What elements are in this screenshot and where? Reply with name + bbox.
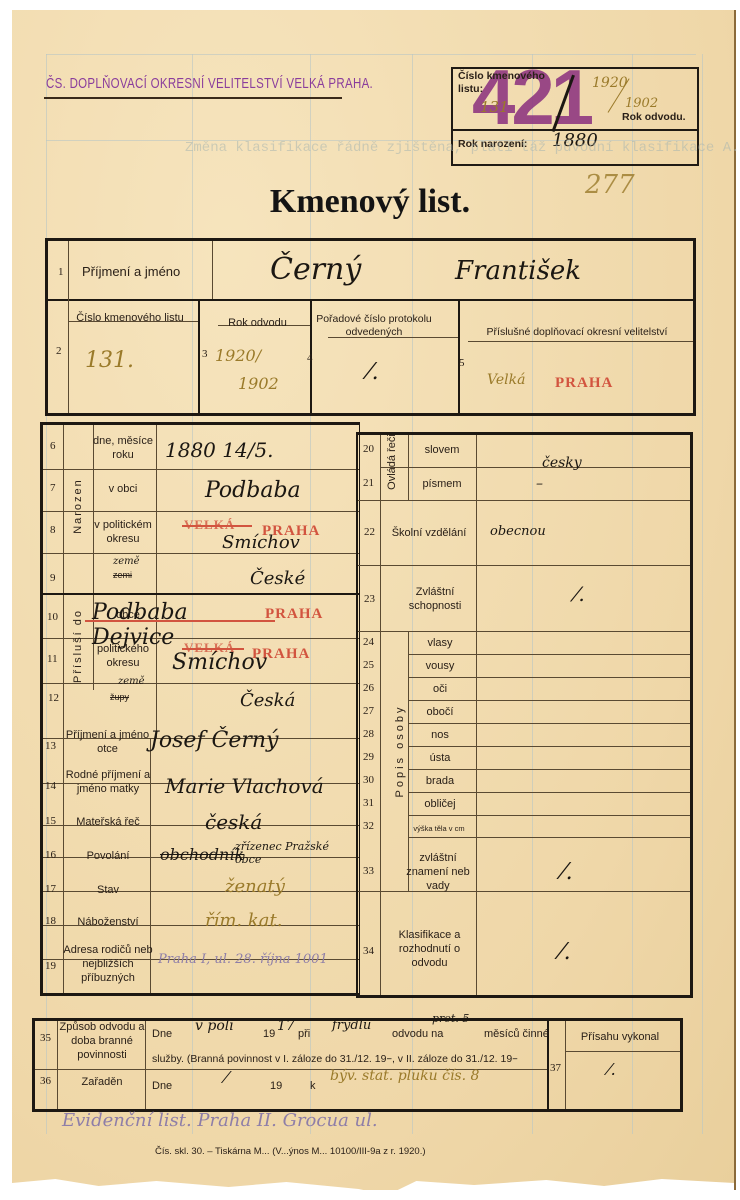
dne-label: Dne <box>152 1028 172 1040</box>
row-divider <box>358 565 690 566</box>
row-number: 12 <box>48 692 59 704</box>
marital-value: ženatý <box>225 876 285 897</box>
row-number: 8 <box>50 524 56 536</box>
row-number: 36 <box>40 1075 51 1087</box>
record-col-label: Číslo kmenového listu <box>70 312 190 324</box>
row-divider <box>408 723 690 724</box>
printer-footer: Čís. skl. 30. – Tiskárna M... (V...ýnos … <box>155 1146 426 1157</box>
occupation-struck: obchodník <box>160 845 244 864</box>
col-divider <box>476 435 477 995</box>
mouth-label: ústa <box>410 751 470 765</box>
row-number: 16 <box>45 849 56 861</box>
strikethrough <box>182 525 252 527</box>
evidence-note: Evidenční list. Praha II. Grocua ul. <box>62 1110 378 1131</box>
occupation-label: Povolání <box>62 849 154 863</box>
row-number: 6 <box>50 440 56 452</box>
born-district-label: v politickém okresu <box>92 518 154 546</box>
row-divider <box>48 299 693 301</box>
sub-divider <box>468 341 693 342</box>
row-divider <box>408 654 690 655</box>
reserve-text-2: , v II. záloze do 31./12. 19 <box>392 1053 512 1065</box>
strikethrough <box>85 620 275 622</box>
row-number: 28 <box>363 728 374 740</box>
education-label: Školní vzdělání <box>384 526 474 540</box>
row-divider <box>358 631 690 632</box>
spoken-label: slovem <box>412 443 472 457</box>
ghost-text: Změna klasifikace řádně zjištěna, platí … <box>185 140 740 156</box>
months-label: měsíců činné <box>484 1028 549 1040</box>
col-divider <box>458 299 460 413</box>
row-number: 31 <box>363 797 374 809</box>
group-language-label: Ovládá řeči <box>386 432 398 492</box>
belongs-town-stamp: PRAHA <box>265 606 323 623</box>
physical-details-table <box>356 432 693 998</box>
protocol-col-label: Pořadové číslo protokolu odvedených <box>310 313 438 339</box>
assigned-date: ⁄ <box>225 1068 228 1087</box>
col-divider <box>380 435 381 995</box>
classification-value: ⁄. <box>560 940 571 965</box>
row-number: 33 <box>363 865 374 877</box>
group-belongs-label: Přísluší do <box>72 606 84 686</box>
row-number: 30 <box>363 774 374 786</box>
row-divider <box>43 511 359 512</box>
beard-label: vousy <box>410 659 470 673</box>
row-number: 35 <box>40 1032 51 1044</box>
education-value: obecnou <box>490 524 546 539</box>
classification-label: Klasifikace a rozhodnutí o odvodu <box>382 928 477 970</box>
reserve-line: služby. (Branná povinnost v I. záloze do… <box>152 1052 518 1065</box>
row-number: 10 <box>47 611 58 623</box>
spoken-value: česky <box>542 455 582 471</box>
row-divider <box>565 1051 680 1052</box>
mother-tongue-label: Mateřská řeč <box>62 815 154 829</box>
row-number: 1 <box>58 266 64 278</box>
record-year-label: Rok odvodu. <box>622 111 686 123</box>
row-number: 14 <box>45 780 56 792</box>
reserve-value-2: – <box>512 1052 518 1065</box>
year-prefix: 19 <box>270 1080 282 1092</box>
record-col-value: 131. <box>85 348 134 373</box>
row-number: 4 <box>307 352 313 364</box>
record-year-bottom: 1902 <box>625 96 658 111</box>
row-divider <box>43 553 359 554</box>
born-town-label: v obci <box>92 482 154 496</box>
row-divider <box>408 769 690 770</box>
row-divider <box>408 746 690 747</box>
row-number: 17 <box>45 883 56 895</box>
row-number: 20 <box>363 443 374 455</box>
special-marks-value: ⁄. <box>562 860 573 885</box>
father-value: Josef Černý <box>150 728 278 753</box>
row-number: 15 <box>45 815 56 827</box>
row-number: 32 <box>363 820 374 832</box>
mother-value: Marie Vlachová <box>165 774 324 798</box>
col-divider <box>198 299 200 413</box>
row-number: 22 <box>364 526 375 538</box>
born-district-value: Smíchov <box>222 532 300 553</box>
row-divider <box>43 683 359 684</box>
row-number: 25 <box>363 659 374 671</box>
row-number: 3 <box>202 348 208 360</box>
occupation-value: zřízenec Pražské obce <box>235 840 335 866</box>
office-col-label: Příslušné doplňovací okresní velitelství <box>462 326 692 338</box>
row-number: 26 <box>363 682 374 694</box>
row-number: 13 <box>45 740 56 752</box>
year-col-value-bottom: 1902 <box>238 374 279 393</box>
office-col-value-hand: Velká <box>487 372 525 388</box>
row-number: 21 <box>363 477 374 489</box>
marital-label: Stav <box>62 883 154 897</box>
year-prefix: 19 <box>263 1028 275 1040</box>
personal-details-table <box>40 422 360 996</box>
record-number-value: 131 <box>480 98 509 116</box>
row-number: 7 <box>50 482 56 494</box>
row-divider <box>358 500 690 501</box>
hair-label: vlasy <box>410 636 470 650</box>
row-number: 27 <box>363 705 374 717</box>
year-col-value-top: 1920/ <box>215 346 261 365</box>
group-born-label: Narozen <box>72 471 84 541</box>
torn-edge <box>12 1175 734 1195</box>
written-label: písmem <box>412 477 472 491</box>
row-number: 23 <box>364 593 375 605</box>
religion-label: Náboženství <box>62 915 154 929</box>
row-number: 2 <box>56 345 62 357</box>
row-number: 34 <box>363 945 374 957</box>
belongs-land-label-struck: župy <box>110 692 129 702</box>
protocol-col-value: ⁄. <box>368 360 379 385</box>
mother-tongue-value: česká <box>205 810 262 834</box>
given-name-value: František <box>455 256 581 286</box>
odvodu-label: odvodu na <box>392 1028 443 1040</box>
surname-value: Černý <box>270 252 361 287</box>
col-divider <box>156 425 157 738</box>
row-divider <box>408 815 690 816</box>
assigned-label: Zařaděn <box>58 1075 146 1089</box>
belongs-district-value: Smíchov <box>172 650 267 675</box>
oath-value: ⁄. <box>608 1060 616 1079</box>
office-stamp: ČS. DOPLŇOVACÍ OKRESNÍ VELITELSTVÍ VELKÁ… <box>46 77 373 92</box>
oath-label: Přísahu vykonal <box>565 1030 675 1044</box>
col-divider <box>212 241 213 299</box>
row-divider <box>408 837 690 838</box>
row-number: 24 <box>363 636 374 648</box>
father-label: Příjmení a jméno otce <box>65 728 150 756</box>
face-label: obličej <box>410 797 470 811</box>
row-divider <box>43 593 359 595</box>
born-date-value: 1880 14/5. <box>165 438 274 462</box>
reserve-text-1: služby. (Branná povinnost v I. záloze do… <box>152 1053 386 1065</box>
born-date-label: dne, měsíce roku <box>92 434 154 462</box>
born-land-value: České <box>250 568 305 589</box>
row-number: 19 <box>45 960 56 972</box>
conscription-place: frýdlu <box>332 1018 371 1033</box>
row-number: 11 <box>47 653 58 665</box>
dne-label: Dne <box>152 1080 172 1092</box>
row-number: 9 <box>50 572 56 584</box>
name-label: Příjmení a jméno <box>82 264 180 279</box>
born-town-value: Podbaba <box>205 478 301 503</box>
page-title: Kmenový list. <box>0 183 740 221</box>
group-description-label: Popis osoby <box>394 701 406 801</box>
k-label: k <box>310 1080 316 1092</box>
assigned-unit: býv. stat. pluku čís. 8 <box>330 1068 479 1084</box>
special-marks-label: zvláštní znamení neb vady <box>404 851 472 893</box>
parents-address-value: Praha I, ul. 28. října 1001 <box>158 952 328 967</box>
born-land-label-hand: země <box>113 556 140 567</box>
height-label: výška těla v cm <box>404 822 474 836</box>
row-divider <box>408 677 690 678</box>
row-number: 37 <box>550 1062 561 1074</box>
parents-address-label: Adresa rodičů neb nejbližších příbuzných <box>62 943 154 985</box>
service-months-value: prot. 5 <box>432 1012 469 1025</box>
written-value: – <box>536 476 543 492</box>
belongs-land-label-hand: země <box>118 676 145 687</box>
row-divider <box>408 700 690 701</box>
col-divider <box>68 241 69 413</box>
row-divider <box>43 469 359 470</box>
conscription-date: v poli <box>195 1018 234 1034</box>
chin-label: brada <box>410 774 470 788</box>
row-number: 18 <box>45 915 56 927</box>
special-skills-value: ⁄. <box>575 582 585 606</box>
record-number-label: Číslo kmenového listu: <box>458 70 553 96</box>
stamp-underline <box>44 97 342 99</box>
mother-label: Rodné příjmení a jméno matky <box>62 768 154 796</box>
ghost-line <box>46 54 696 55</box>
nose-label: nos <box>410 728 470 742</box>
eyes-label: oči <box>410 682 470 696</box>
row-number: 5 <box>459 357 465 369</box>
row-divider <box>380 467 690 468</box>
belongs-district-label: politického okresu <box>92 642 154 670</box>
born-land-label-struck: zemi <box>113 570 132 580</box>
conscription-year: 17 <box>277 1018 295 1034</box>
religion-value: řím. kat. <box>205 910 282 931</box>
row-divider <box>408 792 690 793</box>
special-skills-label: Zvláštní schopnosti <box>400 585 470 613</box>
belongs-land-value: Česká <box>240 690 295 711</box>
pri-label: při <box>298 1028 310 1040</box>
conscription-label: Způsob odvodu a doba branné povinnosti <box>58 1020 146 1062</box>
row-number: 29 <box>363 751 374 763</box>
eyebrows-label: obočí <box>410 705 470 719</box>
year-col-label: Rok odvodu <box>215 317 300 329</box>
office-col-value-stamp: PRAHA <box>555 375 613 392</box>
